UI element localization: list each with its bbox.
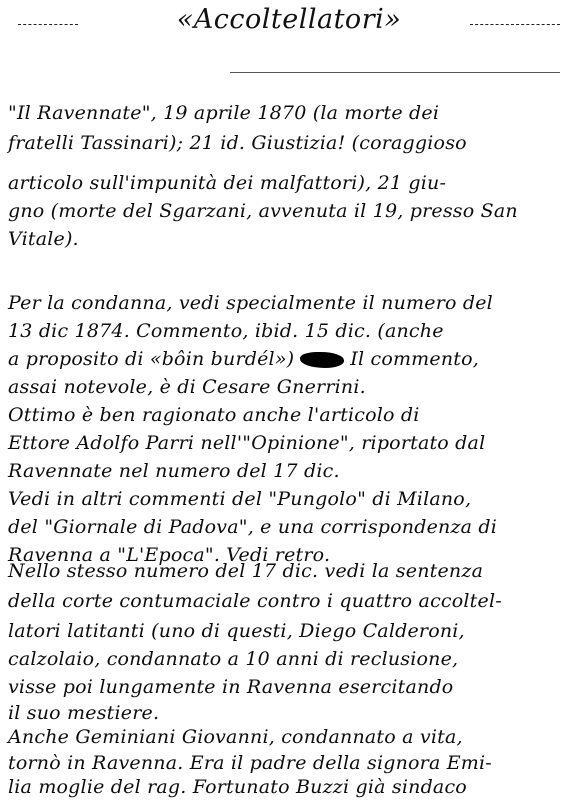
text-line: tornò in Ravenna. Era il padre della sig…: [8, 752, 492, 774]
top-rule: [230, 72, 560, 73]
text-line: Per la condanna, vedi specialmente il nu…: [8, 292, 493, 314]
text-line: Ravennate nel numero del 17 dic.: [8, 460, 340, 482]
text-line: del "Giornale di Padova", e una corrispo…: [8, 516, 497, 538]
text-line: assai notevole, è di Cesare Gnerrini.: [8, 376, 366, 398]
manuscript-page: «Accoltellatori» "Il Ravennate", 19 apri…: [0, 0, 578, 800]
text-line: fratelli Tassinari); 21 id. Giustizia! (…: [8, 132, 467, 154]
page-title: «Accoltellatori»: [0, 4, 578, 35]
text-line: Ettore Adolfo Parri nell'"Opinione", rip…: [8, 432, 485, 454]
title-dash-right: [470, 24, 560, 25]
text-fragment: a proposito di «bôin burdél»): [8, 348, 294, 370]
text-line: calzolaio, condannato a 10 anni di reclu…: [8, 648, 458, 670]
text-line: Vitale).: [8, 228, 79, 250]
text-line: latori latitanti (uno di questi, Diego C…: [8, 620, 465, 642]
text-line: lia moglie del rag. Fortunato Buzzi già …: [8, 776, 467, 798]
ink-blot-redaction: [300, 352, 344, 368]
text-line: visse poi lungamente in Ravenna esercita…: [8, 676, 453, 698]
text-line: Nello stesso numero del 17 dic. vedi la …: [8, 560, 483, 582]
text-line: il suo mestiere.: [8, 702, 159, 724]
text-line: Vedi in altri commenti del "Pungolo" di …: [8, 488, 471, 510]
text-line: Anche Geminiani Giovanni, condannato a v…: [8, 726, 463, 748]
text-line: "Il Ravennate", 19 aprile 1870 (la morte…: [8, 102, 439, 124]
text-line-with-blot: a proposito di «bôin burdél»)Il commento…: [8, 348, 479, 370]
text-line: Ottimo è ben ragionato anche l'articolo …: [8, 404, 420, 426]
text-line: gno (morte del Sgarzani, avvenuta il 19,…: [8, 200, 518, 222]
text-line: 13 dic 1874. Commento, ibid. 15 dic. (an…: [8, 320, 444, 342]
text-fragment: Il commento,: [350, 348, 479, 370]
text-line: articolo sull'impunità dei malfattori), …: [8, 172, 446, 194]
text-line: della corte contumaciale contro i quattr…: [8, 590, 502, 612]
